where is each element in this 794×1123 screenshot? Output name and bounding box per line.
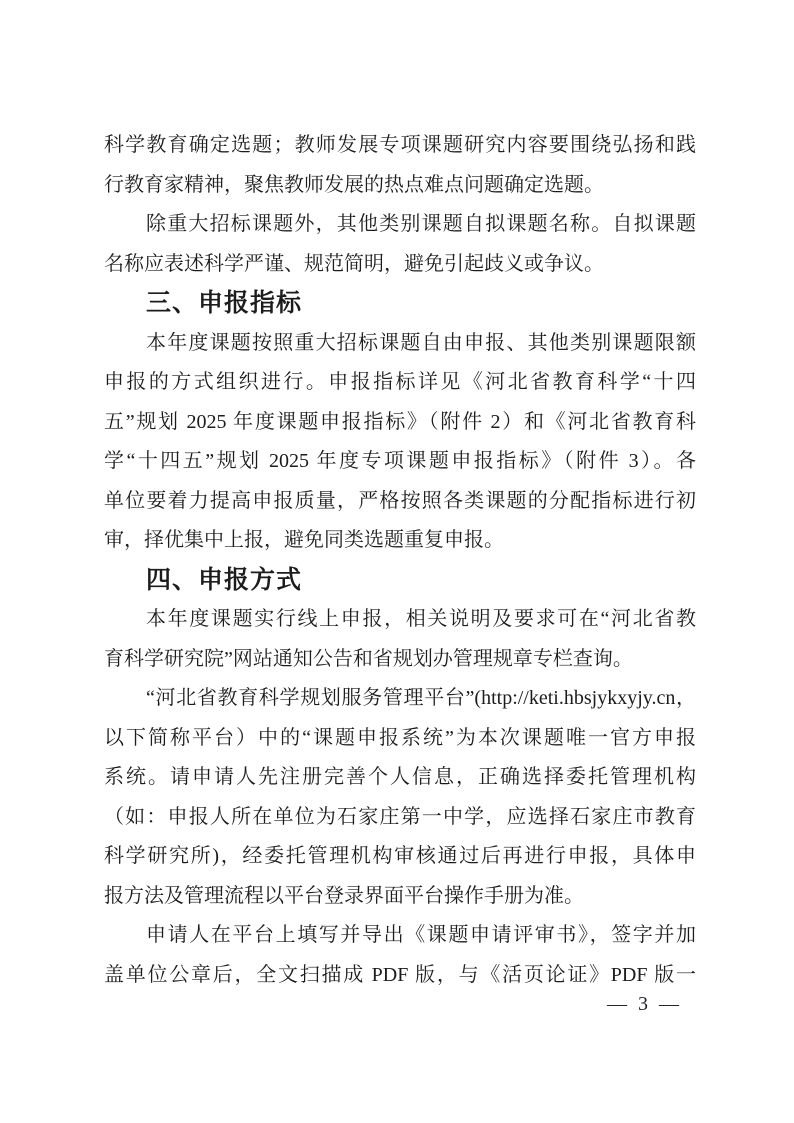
text-line: 报方法及管理流程以平台登录界面平台操作手册为准。 xyxy=(104,877,696,917)
text-line: 申报的方式组织进行。申报指标详见《河北省教育科学“十四 xyxy=(104,363,696,403)
text-line: 盖单位公章后，全文扫描成 PDF 版，与《活页论证》PDF 版一 xyxy=(104,956,696,996)
text-line: （如：申报人所在单位为石家庄第一中学，应选择石家庄市教育 xyxy=(104,798,696,838)
text-line: 单位要着力提高申报质量，严格按照各类课题的分配指标进行初 xyxy=(104,482,696,522)
text-line: 科学研究所)，经委托管理机构审核通过后再进行申报，具体申 xyxy=(104,837,696,877)
text-line: 名称应表述科学严谨、规范简明，避免引起歧义或争议。 xyxy=(104,245,696,285)
text-line: “河北省教育科学规划服务管理平台”(http://keti.hbsjykxyjy… xyxy=(104,679,696,719)
section-heading: 四、申报方式 xyxy=(104,561,696,601)
document-page: 科学教育确定选题；教师发展专项课题研究内容要围绕弘扬和践行教育家精神，聚焦教师发… xyxy=(0,0,794,1123)
text-line: 审，择优集中上报，避免同类选题重复申报。 xyxy=(104,521,696,561)
text-line: 本年度课题按照重大招标课题自由申报、其他类别课题限额 xyxy=(104,324,696,364)
text-line: 行教育家精神，聚焦教师发展的热点难点问题确定选题。 xyxy=(104,166,696,206)
text-line: 本年度课题实行线上申报，相关说明及要求可在“河北省教 xyxy=(104,600,696,640)
text-line: 学“十四五”规划 2025 年度专项课题申报指标》（附件 3）。各 xyxy=(104,442,696,482)
text-line: 五”规划 2025 年度课题申报指标》（附件 2）和《河北省教育科 xyxy=(104,403,696,443)
document-content: 科学教育确定选题；教师发展专项课题研究内容要围绕弘扬和践行教育家精神，聚焦教师发… xyxy=(104,126,696,995)
text-line: 以下简称平台）中的“课题申报系统”为本次课题唯一官方申报 xyxy=(104,719,696,759)
text-line: 育科学研究院”网站通知公告和省规划办管理规章专栏查询。 xyxy=(104,640,696,680)
text-line: 系统。请申请人先注册完善个人信息，正确选择委托管理机构 xyxy=(104,758,696,798)
page-number: — 3 — xyxy=(607,992,682,1016)
text-line: 申请人在平台上填写并导出《课题申请评审书》，签字并加 xyxy=(104,916,696,956)
section-heading: 三、申报指标 xyxy=(104,284,696,324)
text-line: 除重大招标课题外，其他类别课题自拟课题名称。自拟课题 xyxy=(104,205,696,245)
text-line: 科学教育确定选题；教师发展专项课题研究内容要围绕弘扬和践 xyxy=(104,126,696,166)
